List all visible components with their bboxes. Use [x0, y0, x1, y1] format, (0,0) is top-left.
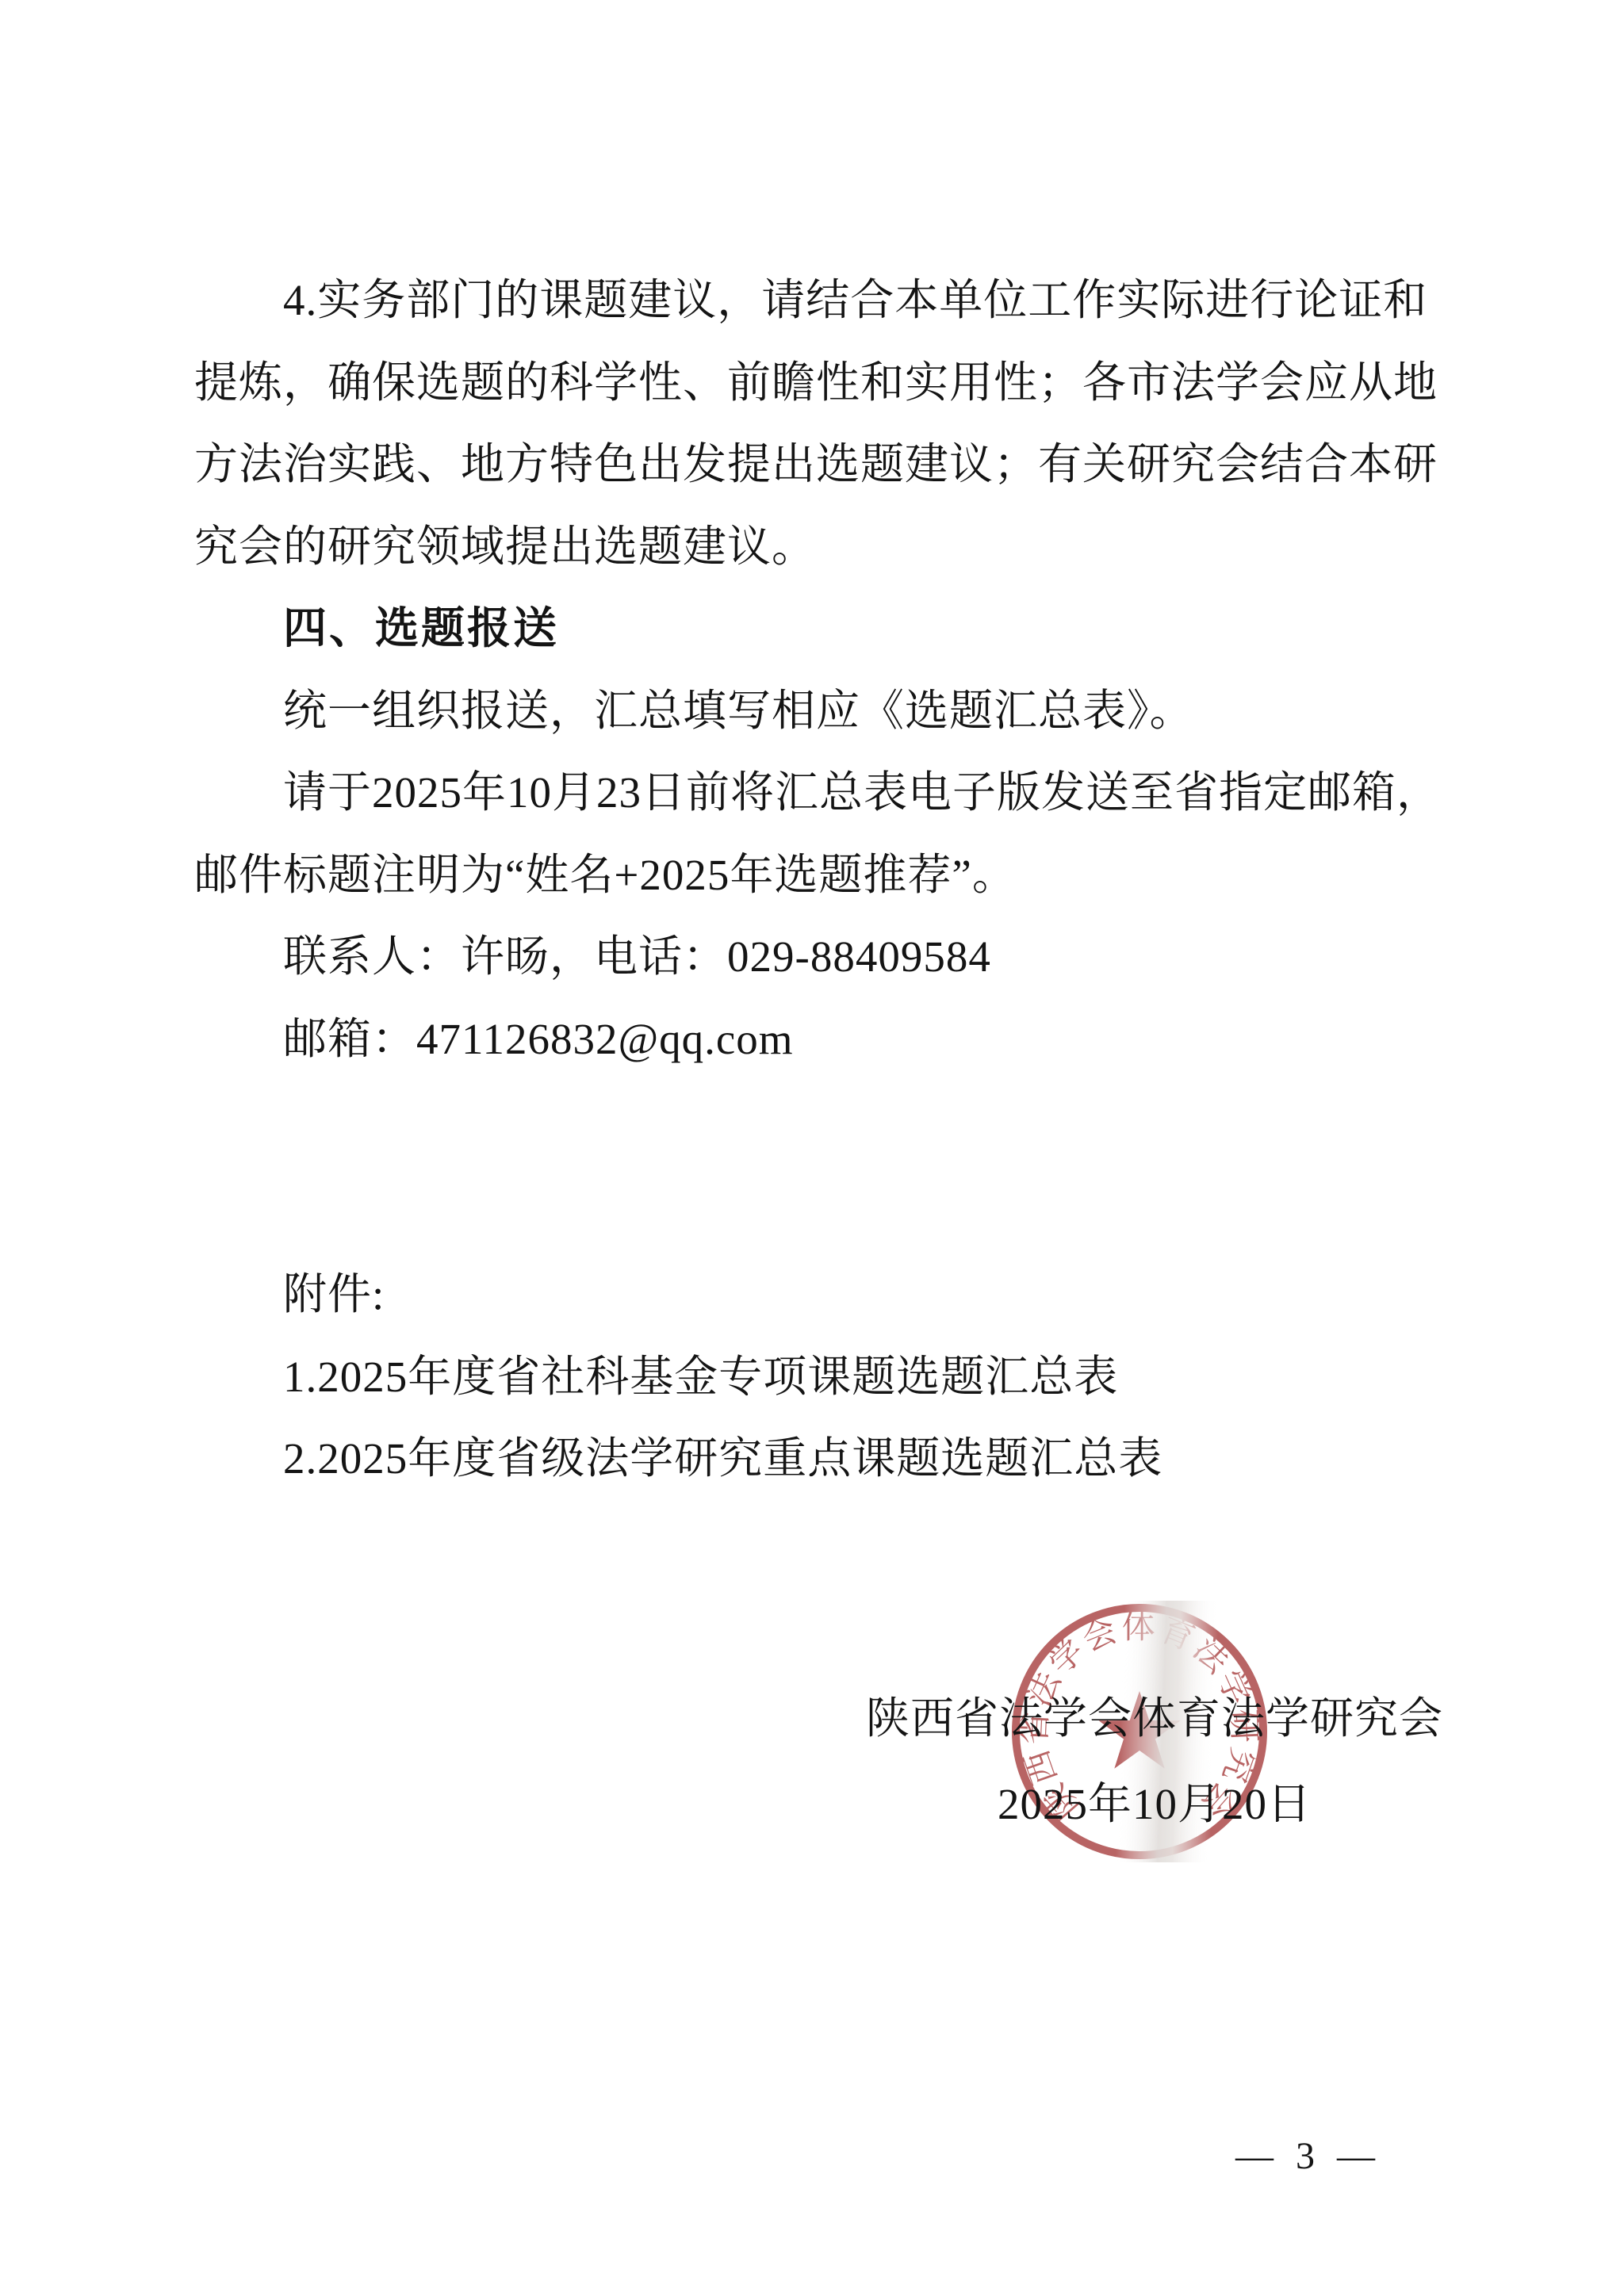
footer-dash-left: — — [1235, 2133, 1274, 2180]
signature-date: 2025年10月20日 — [861, 1762, 1448, 1847]
paragraph-line: 提炼，确保选题的科学性、前瞻性和实用性；各市法学会应从地 — [194, 342, 1447, 424]
attachments-label: 附件: — [194, 1253, 1447, 1336]
contact-line: 联系人：许旸，电话：029-88409584 — [194, 916, 1447, 998]
paragraph-line: 方法治实践、地方特色出发提出选题建议；有关研究会结合本研 — [194, 423, 1447, 506]
signature-block: 陕西省法学会体育法学研究会 2025年10月20日 — [861, 1676, 1448, 1847]
section-heading: 四、选题报送 — [194, 587, 1447, 670]
paragraph-line: 统一组织报送，汇总填写相应《选题汇总表》。 — [194, 670, 1447, 752]
attachments-block: 附件: 1.2025年度省社科基金专项课题选题汇总表 2.2025年度省级法学研… — [194, 1253, 1447, 1500]
page-number: 3 — [1296, 2135, 1315, 2177]
body-text-block: 4.实务部门的课题建议，请结合本单位工作实际进行论证和 提炼，确保选题的科学性、… — [194, 259, 1447, 1080]
paragraph-line: 4.实务部门的课题建议，请结合本单位工作实际进行论证和 — [194, 259, 1447, 342]
page-footer: —3— — [1147, 2133, 1464, 2180]
paragraph-line: 请于2025年10月23日前将汇总表电子版发送至省指定邮箱， — [194, 752, 1447, 834]
signature-org: 陕西省法学会体育法学研究会 — [861, 1676, 1448, 1762]
paragraph-line: 邮件标题注明为“姓名+2025年选题推荐”。 — [194, 834, 1447, 916]
footer-dash-right: — — [1337, 2133, 1375, 2180]
attachment-item: 1.2025年度省社科基金专项课题选题汇总表 — [194, 1336, 1447, 1418]
paragraph-line: 究会的研究领域提出选题建议。 — [194, 506, 1447, 588]
document-page: 4.实务部门的课题建议，请结合本单位工作实际进行论证和 提炼，确保选题的科学性、… — [0, 0, 1624, 2296]
email-line: 邮箱：471126832@qq.com — [194, 998, 1447, 1081]
attachment-item: 2.2025年度省级法学研究重点课题选题汇总表 — [194, 1418, 1447, 1500]
